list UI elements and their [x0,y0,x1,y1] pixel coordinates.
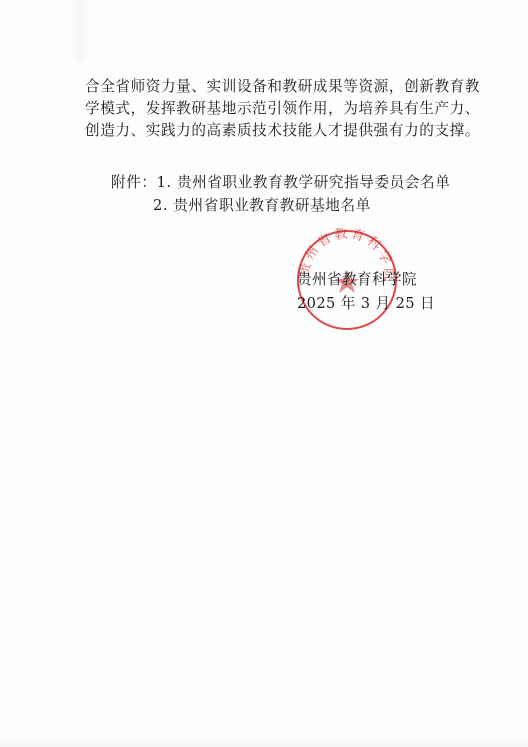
paragraph-line: 创造力、实践力的高素质技术技能人才提供强有力的支撑。 [85,120,445,142]
attachment-item: 1. 贵州省职业教育教学研究指导委员会名单 [157,174,451,191]
attachment-2: 2. 贵州省职业教育教研基地名单 [153,194,371,215]
paragraph-line: 学模式，发挥教研基地示范引领作用，为培养具有生产力、 [85,98,445,120]
attachment-label: 附件： [111,174,157,191]
scan-shadow [70,0,90,60]
document-page: 合全省师资力量、实训设备和教研成果等资源，创新教育教 学模式，发挥教研基地示范引… [0,0,528,747]
signature-date: 2025 年 3 月 25 日 [297,292,435,313]
signature-organization: 贵州省教育科学院 [297,268,417,289]
body-paragraph: 合全省师资力量、实训设备和教研成果等资源，创新教育教 学模式，发挥教研基地示范引… [85,76,445,142]
attachment-1: 附件：1. 贵州省职业教育教学研究指导委员会名单 [111,171,450,192]
attachment-item: 2. 贵州省职业教育教研基地名单 [153,197,371,214]
scan-edge [0,737,528,747]
paragraph-line: 合全省师资力量、实训设备和教研成果等资源，创新教育教 [85,76,445,98]
